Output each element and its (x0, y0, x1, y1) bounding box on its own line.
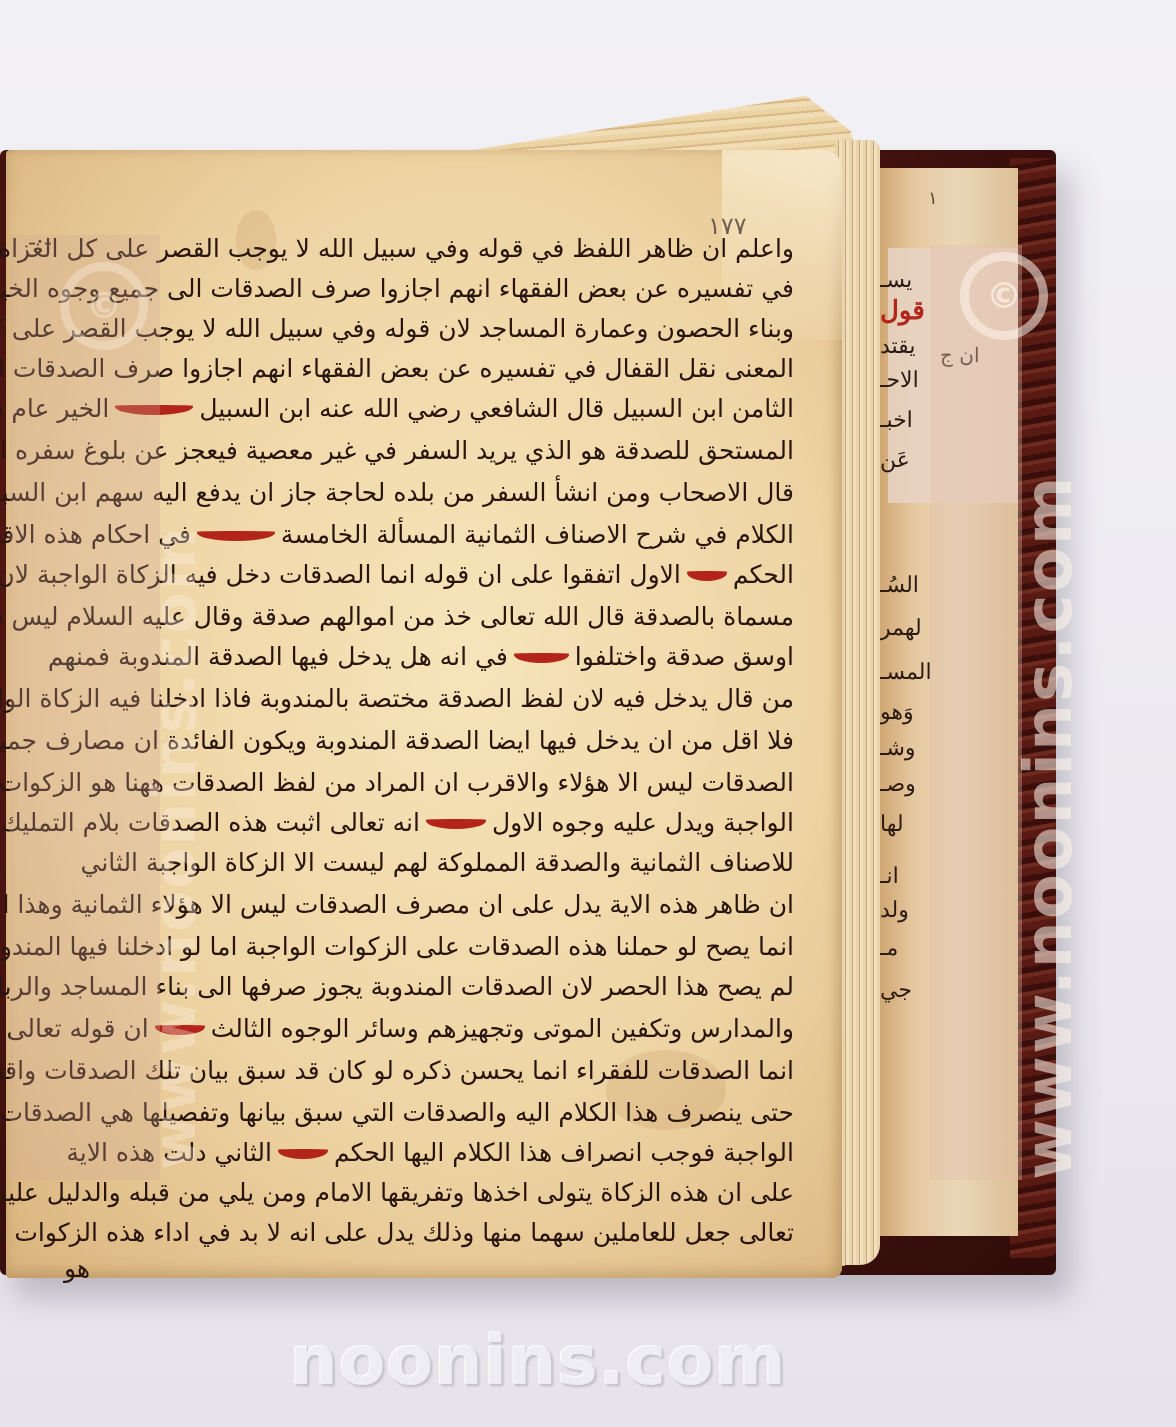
right-page-fragment: السُـ (880, 573, 919, 598)
right-page-fragment: اخبـ (880, 408, 913, 433)
copyright-watermark-icon: © (960, 252, 1048, 340)
right-page-fragment: لها (880, 812, 904, 837)
text-line: تعالى جعل للعاملين سهما منها وذلك يدل عل… (0, 1212, 794, 1254)
right-page-fragment: يسـ (880, 268, 912, 293)
right-page-fragment: عَن (880, 448, 910, 473)
text-segment: الواجبة ويدل عليه وجوه الاول (492, 808, 794, 837)
red-rubric-mark (426, 819, 486, 829)
watermark-strip-right (930, 245, 1022, 1180)
text-segment: الثامن ابن السبيل قال الشافعي رضي الله ع… (199, 394, 794, 423)
right-page-fragment: وشـ (880, 736, 916, 761)
text-segment: اوسق صدقة واختلفوا (575, 642, 794, 671)
right-page-fragment-red: قول (880, 296, 925, 326)
right-page-fragment: وَهو (880, 700, 914, 725)
watermark-strip-left (10, 235, 160, 1180)
right-page-fragment: انـ (880, 864, 899, 889)
text-segment: والمدارس وتكفين الموتى وتجهيزهم وسائر ال… (211, 1014, 794, 1043)
catchword: هو (64, 1248, 90, 1290)
right-page-fragment: يقتد (880, 334, 915, 359)
red-rubric-mark (514, 653, 569, 663)
right-page-fragment: وصـ (880, 772, 916, 797)
vertical-watermark-right: www.noonins.com (1010, 474, 1087, 1180)
bottom-watermark: noonins.com (228, 1322, 848, 1401)
copyright-watermark-icon: © (60, 262, 148, 350)
red-rubric-mark (278, 1149, 328, 1159)
right-page-fragment: مـ (880, 936, 898, 961)
vertical-watermark-left: www.noonins.com (140, 526, 210, 1170)
right-page-folio-mark: ١ (928, 188, 938, 209)
right-page-fragment: جي (880, 978, 912, 1003)
text-segment: الواجبة فوجب انصراف هذا الكلام اليها الح… (334, 1138, 794, 1167)
text-segment: الكلام في شرح الاصناف الثمانية المسألة ا… (281, 520, 794, 549)
red-rubric-mark (687, 571, 727, 581)
right-page-fragment: ولد (880, 898, 909, 923)
right-page-fragment: المسـ (880, 660, 932, 685)
right-page-fragment: الاحـ (880, 368, 919, 393)
text-segment: الحكم (733, 560, 794, 589)
right-page-fragment: لهمر (880, 616, 922, 641)
photo-scene: ١ يسـ قول يقتد الاحـ اخبـ عَن السُـ لهمر… (0, 0, 1176, 1427)
